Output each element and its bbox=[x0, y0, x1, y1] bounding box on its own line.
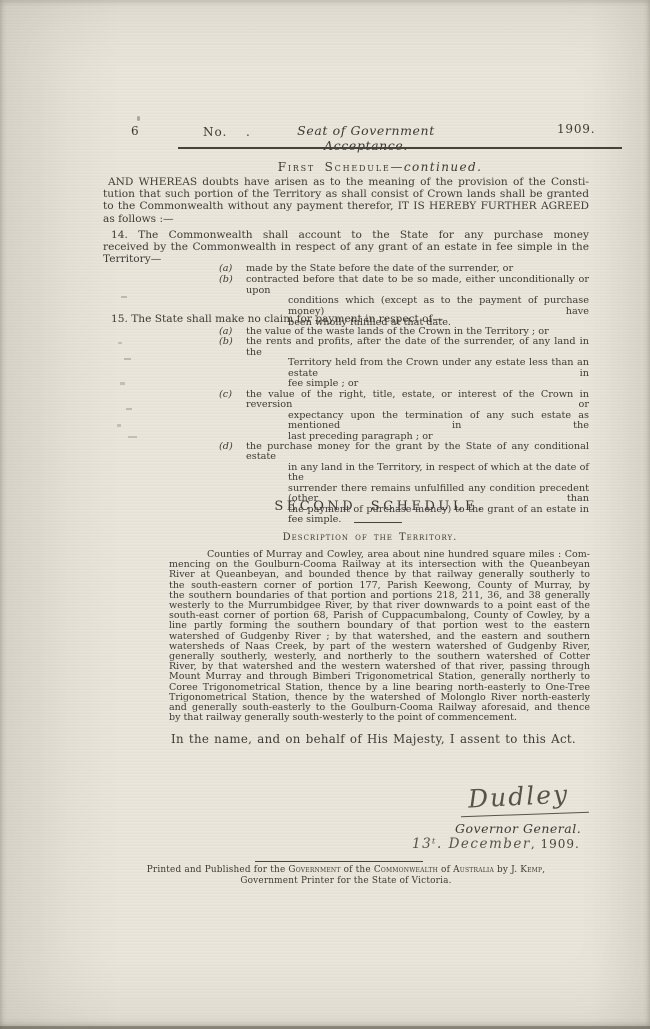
scan-artifact bbox=[128, 436, 137, 438]
scan-artifact bbox=[117, 424, 121, 427]
clause-15-item-b-label: (b) bbox=[219, 337, 233, 347]
clause-15-item-b: (b) the rents and profits, after the dat… bbox=[219, 337, 589, 389]
preamble-paragraph: AND WHEREAS doubts have arisen as to the… bbox=[103, 176, 589, 225]
clause-15-items: (a) the value of the waste lands of the … bbox=[219, 327, 589, 526]
signature-governor-general: Dudley bbox=[467, 779, 569, 813]
running-title: Seat of Government Acceptance. bbox=[270, 123, 462, 153]
first-schedule-heading-continued: —continued. bbox=[391, 160, 483, 174]
header-rule bbox=[178, 147, 622, 149]
scan-artifact bbox=[124, 358, 131, 360]
territory-description: Counties of Murray and Cowley, area abou… bbox=[169, 550, 590, 723]
signatory-role: Governor General. bbox=[455, 821, 581, 836]
scan-artifact bbox=[137, 116, 140, 121]
page-number: 6 bbox=[131, 124, 139, 138]
assent-date-year: , 1909. bbox=[531, 837, 580, 851]
act-number-blank: . bbox=[246, 125, 251, 139]
first-schedule-heading: First Schedule—continued. bbox=[170, 160, 590, 174]
second-schedule-divider bbox=[354, 522, 402, 523]
second-schedule-heading: SECOND SCHEDULE. bbox=[170, 499, 590, 514]
act-number-label: No. bbox=[203, 125, 227, 139]
imprint-rule bbox=[255, 861, 423, 862]
clause-14-item-b-label: (b) bbox=[219, 275, 233, 286]
imprint-line-1: Printed and Published for the Government… bbox=[103, 865, 589, 875]
clause-15-item-c-text: the value of the right, title, estate, o… bbox=[246, 390, 589, 442]
description-subheading: Description of the Territory. bbox=[160, 532, 580, 543]
clause-15-item-c-label: (c) bbox=[219, 390, 232, 400]
scan-artifact bbox=[121, 296, 127, 298]
assent-date-handwritten: 13ᵗ. December bbox=[412, 836, 531, 852]
imprint-line-2: Government Printer for the State of Vict… bbox=[103, 876, 589, 886]
running-year: 1909. bbox=[557, 122, 595, 136]
assent-date: 13ᵗ. December, 1909. bbox=[412, 836, 580, 852]
clause-15-item-b-text: the rents and profits, after the date of… bbox=[246, 337, 589, 389]
first-schedule-heading-main: First Schedule bbox=[278, 160, 391, 174]
scan-artifact bbox=[126, 408, 132, 410]
assent-statement: In the name, and on behalf of His Majest… bbox=[171, 732, 576, 746]
scan-artifact bbox=[120, 382, 125, 385]
clause-15-item-d-label: (d) bbox=[219, 442, 233, 452]
scan-artifact bbox=[118, 342, 122, 344]
clause-15-paragraph: 15. The State shall make no claim for pa… bbox=[103, 313, 589, 325]
clause-14-paragraph: 14. The Commonwealth shall account to th… bbox=[103, 229, 589, 265]
clause-15-item-c: (c) the value of the right, title, estat… bbox=[219, 390, 589, 442]
scanned-act-page: 6 No. . Seat of Government Acceptance. 1… bbox=[0, 0, 650, 1029]
